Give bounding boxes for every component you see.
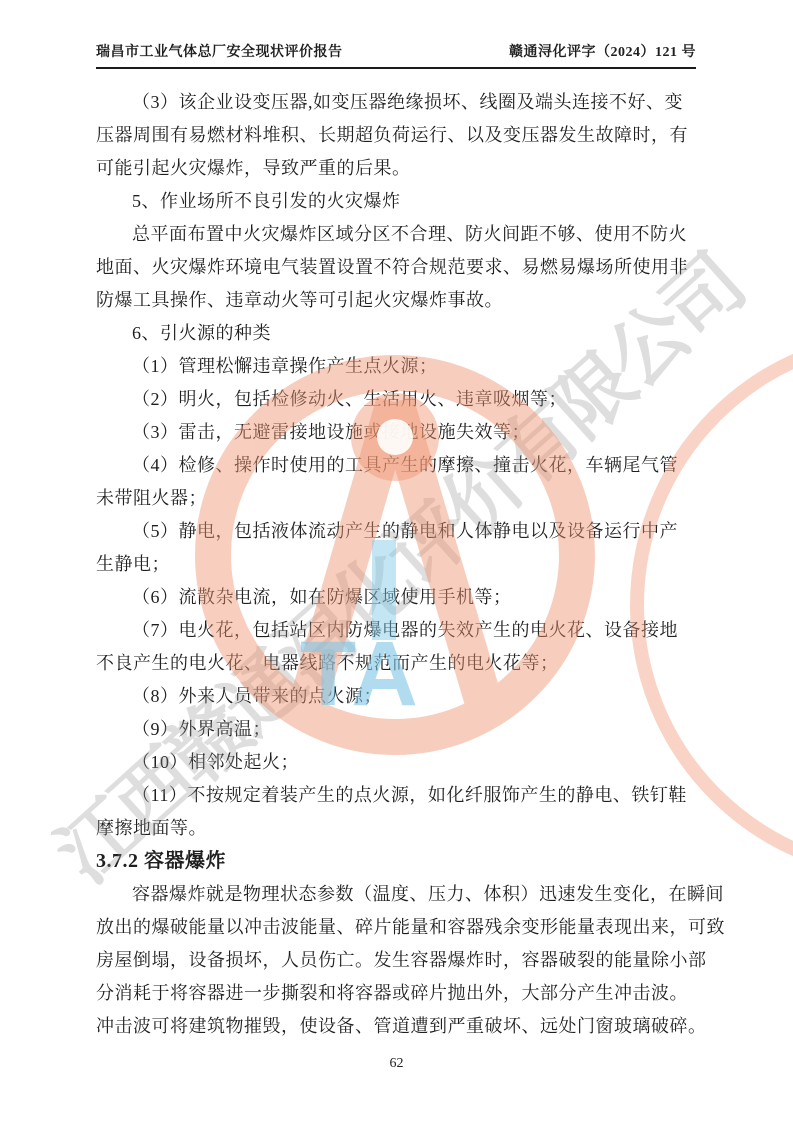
text-line: 分消耗于将容器进一步撕裂和将容器或碎片抛出外，大部分产生冲击波。 bbox=[96, 977, 712, 1010]
report-title: 瑞昌市工业气体总厂安全现状评价报告 bbox=[96, 44, 343, 62]
text-line: （3）雷击，无避雷接地设施或接地设施失效等； bbox=[96, 416, 712, 449]
text-line: （2）明火，包括检修动火、生活用火、违章吸烟等； bbox=[96, 383, 712, 416]
text-line: （4）检修、操作时使用的工具产生的摩擦、撞击火花，车辆尾气管 bbox=[96, 449, 712, 482]
text-line: 防爆工具操作、违章动火等可引起火灾爆炸事故。 bbox=[96, 284, 712, 317]
text-line: 未带阻火器； bbox=[96, 482, 712, 515]
text-line: 房屋倒塌，设备损坏，人员伤亡。发生容器爆炸时，容器破裂的能量除小部 bbox=[96, 944, 712, 977]
text-line: 摩擦地面等。 bbox=[96, 812, 712, 845]
text-line: 冲击波可将建筑物摧毁，使设备、管道遭到严重破坏、远处门窗玻璃破碎。 bbox=[96, 1010, 712, 1043]
text-line: （6）流散杂电流，如在防爆区域使用手机等； bbox=[96, 581, 712, 614]
text-line: 容器爆炸就是物理状态参数（温度、压力、体积）迅速发生变化，在瞬间 bbox=[96, 878, 712, 911]
text-line: （9）外界高温； bbox=[96, 713, 712, 746]
text-line: （5）静电，包括液体流动产生的静电和人体静电以及设备运行中产 bbox=[96, 515, 712, 548]
text-line: 地面、火灾爆炸环境电气装置设置不符合规范要求、易燃易爆场所使用非 bbox=[96, 251, 712, 284]
text-line: （10）相邻处起火； bbox=[96, 746, 712, 779]
text-line: 总平面布置中火灾爆炸区域分区不合理、防火间距不够、使用不防火 bbox=[96, 218, 712, 251]
text-line: 压器周围有易燃材料堆积、长期超负荷运行、以及变压器发生故障时，有 bbox=[96, 119, 712, 152]
section-heading: 3.7.2 容器爆炸 bbox=[96, 845, 712, 878]
text-line: 5、作业场所不良引发的火灾爆炸 bbox=[96, 185, 712, 218]
text-line: （7）电火花，包括站区内防爆电器的失效产生的电火花、设备接地 bbox=[96, 614, 712, 647]
page-header: 瑞昌市工业气体总厂安全现状评价报告 赣通浔化评字（2024）121 号 bbox=[96, 44, 696, 69]
text-line: （3）该企业设变压器,如变压器绝缘损坏、线圈及端头连接不好、变 bbox=[96, 86, 712, 119]
document-body: （3）该企业设变压器,如变压器绝缘损坏、线圈及端头连接不好、变压器周围有易燃材料… bbox=[96, 86, 712, 1043]
doc-number: 赣通浔化评字（2024）121 号 bbox=[509, 44, 696, 62]
text-line: 放出的爆破能量以冲击波能量、碎片能量和容器残余变形能量表现出来，可致 bbox=[96, 911, 712, 944]
text-line: 6、引火源的种类 bbox=[96, 317, 712, 350]
text-line: 生静电； bbox=[96, 548, 712, 581]
document-page: 瑞昌市工业气体总厂安全现状评价报告 赣通浔化评字（2024）121 号 （3）该… bbox=[0, 0, 793, 1122]
text-line: （1）管理松懈违章操作产生点火源； bbox=[96, 350, 712, 383]
text-line: （8）外来人员带来的点火源； bbox=[96, 680, 712, 713]
text-line: 不良产生的电火花、电器线路不规范而产生的电火花等； bbox=[96, 647, 712, 680]
text-line: （11）不按规定着装产生的点火源，如化纤服饰产生的静电、铁钉鞋 bbox=[96, 779, 712, 812]
text-line: 可能引起火灾爆炸，导致严重的后果。 bbox=[96, 152, 712, 185]
page-number: 62 bbox=[0, 1056, 793, 1072]
